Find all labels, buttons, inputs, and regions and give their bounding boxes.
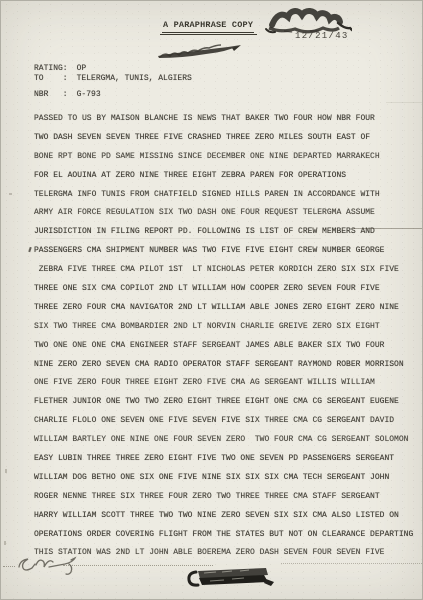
edge-smudge xyxy=(4,541,6,545)
body-line: THIS STATION WAS 2ND LT JOHN ABLE BOEREM… xyxy=(34,544,423,563)
signature-scribble-icon xyxy=(9,552,85,576)
body-line: FLETHER JUNIOR ONE TWO TWO ZERO EIGHT TH… xyxy=(34,393,423,412)
scan-fold-line xyxy=(36,238,321,239)
scan-fold-line xyxy=(386,102,423,103)
body-line: TELERGMA INFO TUNIS FROM CHATFIELD SIGNE… xyxy=(34,186,423,205)
body-line: PASSED TO US BY MAISON BLANCHE IS NEWS T… xyxy=(34,110,423,129)
body-line: HARRY WILLIAM SCOTT THREE TWO TWO NINE Z… xyxy=(34,507,423,526)
scan-fold-line xyxy=(281,563,423,564)
body-line: NINE ZERO ZERO SEVEN CMA RADIO OPERATOR … xyxy=(34,356,423,375)
edge-smudge xyxy=(9,193,12,195)
header-row-to: TO :TELERGMA, TUNIS, ALGIERS xyxy=(34,74,192,83)
body-line: EASY LUBIN THREE THREE ZERO EIGHT FIVE T… xyxy=(34,450,423,469)
body-line: THREE ZERO FOUR CMA NAVIGATOR 2ND LT WIL… xyxy=(34,299,423,318)
body-line: WILLIAM BARTLEY ONE NINE ONE FOUR SEVEN … xyxy=(34,431,423,450)
body-line: JURISDICTION IN FILING REPORT PD. FOLLOW… xyxy=(34,223,423,242)
body-line: PASSENGERS CMA SHIPMENT NUMBER WAS TWO F… xyxy=(34,242,423,261)
header-row-nbr: NBR :G-793 xyxy=(34,90,101,99)
to-value: TELERGMA, TUNIS, ALGIERS xyxy=(68,74,192,83)
body-line: ZEBRA FIVE THREE CMA PILOT 1ST LT NICHOL… xyxy=(34,261,423,280)
stray-ink-tick xyxy=(28,247,31,252)
rating-label: RATING: xyxy=(34,64,68,73)
body-line: OPERATIONS ORDER COVERING FLIGHT FROM TH… xyxy=(34,526,423,545)
obliterated-stamp-icon xyxy=(184,565,276,591)
document-page: A PARAPHRASE COPY 12/21/43 RATING:OP TO … xyxy=(0,0,423,600)
nbr-label: NBR : xyxy=(34,90,68,99)
rating-value: OP xyxy=(68,64,87,73)
header-row-rating: RATING:OP xyxy=(34,64,86,73)
page-title: A PARAPHRASE COPY xyxy=(162,20,254,33)
message-body: PASSED TO US BY MAISON BLANCHE IS NEWS T… xyxy=(34,110,423,563)
body-line: TWO DASH SEVEN SEVEN THREE FIVE CRASHED … xyxy=(34,129,423,148)
edge-smudge xyxy=(5,469,7,473)
date-stamp: 12/21/43 xyxy=(295,31,349,41)
scan-fold-line xyxy=(353,228,423,229)
body-line: WILLIAM DOG BETHO ONE SIX ONE FIVE NINE … xyxy=(34,469,423,488)
body-line: CHARLIE FLOLO ONE SEVEN ONE FIVE SEVEN F… xyxy=(34,412,423,431)
body-line: BONE RPT BONE PD SAME MISSING SINCE DECE… xyxy=(34,148,423,167)
body-line: ONE FIVE ZERO FOUR THREE EIGHT ZERO FIVE… xyxy=(34,374,423,393)
to-label: TO : xyxy=(34,74,68,83)
body-line: SIX TWO THREE CMA BOMBARDIER 2ND LT NORV… xyxy=(34,318,423,337)
nbr-value: G-793 xyxy=(68,90,101,99)
body-line: TWO ONE ONE ONE CMA ENGINEER STAFF SERGE… xyxy=(34,337,423,356)
scratched-out-text-icon xyxy=(154,41,244,61)
body-line: ROGER NENNE THREE SIX THREE FOUR ZERO TW… xyxy=(34,488,423,507)
body-line: ARMY AIR FORCE REGULATION SIX TWO DASH O… xyxy=(34,204,423,223)
body-line: THREE ONE SIX CMA COPILOT 2ND LT WILLIAM… xyxy=(34,280,423,299)
body-line: FOR EL AOUINA AT ZERO NINE THREE EIGHT Z… xyxy=(34,167,423,186)
